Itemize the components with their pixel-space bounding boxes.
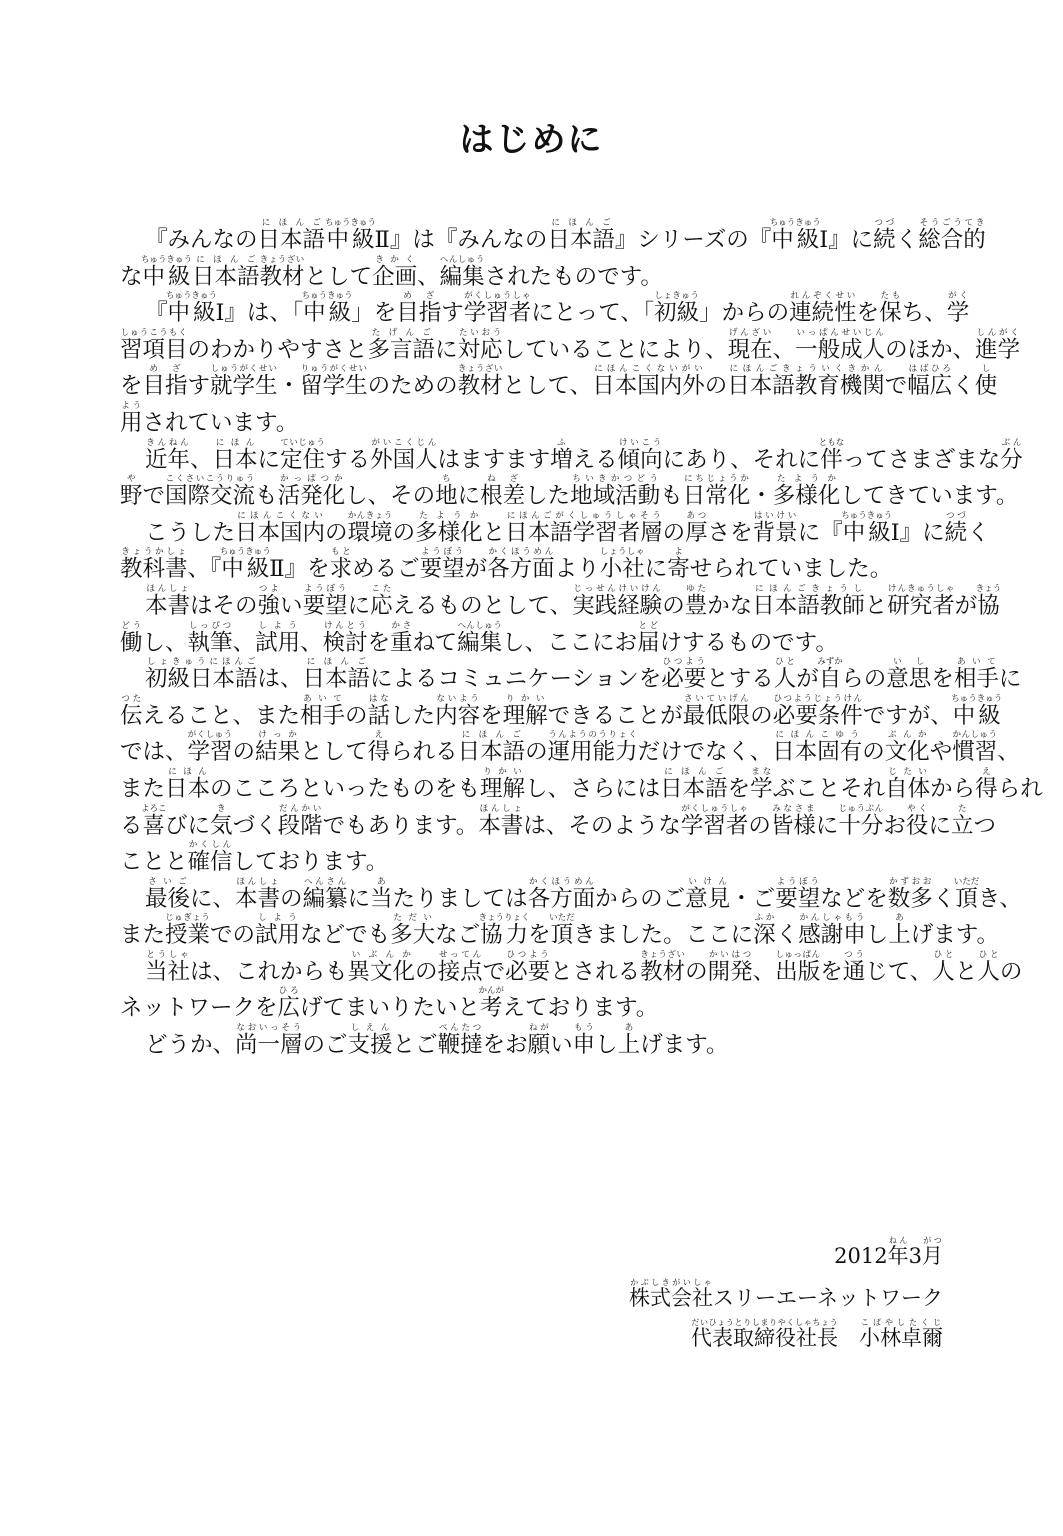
furigana: たようか [773,474,841,484]
ruby-word: 学習者がくしゅうしゃ [681,813,749,839]
ruby-word: 日本語にほんご [303,666,371,692]
furigana: つづ [873,218,896,228]
text-line: 本書ほんしょはその強つよい要望ようぼうに応こたえるものとして、実践経験じっせんけ… [122,584,972,621]
ruby-word: 要望ようぼう [420,556,465,582]
text-run: せられていました。 [690,556,893,582]
furigana: にほんごきょうし [752,584,865,594]
text-run: く [933,886,956,912]
ruby-word: 中級ちゅうきゅう [303,300,351,326]
text-run: 、 [753,959,776,985]
text-run: の [280,886,303,912]
ruby-word: 学まな [750,776,773,802]
ruby-word: 総合的そうごうてき [918,227,986,253]
furigana: あつ [685,511,708,521]
furigana: みずか [817,657,843,667]
text-run: とご [393,1032,438,1058]
ruby-word: 傾向けいこう [618,447,663,473]
furigana: こた [370,584,393,594]
furigana: みなさま [771,804,816,814]
furigana: にほんご [192,255,260,265]
text-run: に『 [798,520,843,546]
text-run: こうした [145,520,235,546]
ruby-word: 重かさ [390,630,413,656]
furigana: かくほうめん [487,547,555,557]
ruby-word: 皆様みなさま [771,813,816,839]
ruby-word: 段階だんかい [278,813,323,839]
furigana: こばやしたくじ [859,1318,943,1327]
text-run: く [776,922,799,948]
text-run: 『 [145,300,168,326]
text-run: Ⅱ』を [269,556,329,582]
text-run: ・ご [730,886,775,912]
ruby-word: 得え [975,776,998,802]
furigana: うんようのうりょく [548,730,638,740]
text-run: のご [303,1032,348,1058]
ruby-word: 教科書きょうかしょ [120,556,188,582]
furigana: しえん [348,1023,393,1033]
text-run: と [483,520,506,546]
furigana: はばひろ [907,364,952,374]
ruby-word: 最後さいご [145,886,190,912]
furigana: きょうりょく [479,913,530,923]
text-line: 伝つたえること、また相手あいての話はなした内容ないようを理解りかいできることが最… [120,694,972,731]
ruby-word: 出版しゅっぱん [775,959,820,985]
ruby-word: 相手あいて [300,703,345,729]
ruby-word: 近年きんねん [145,447,190,473]
ruby-word: 届とど [637,630,660,656]
ruby-word: 小社しょうしゃ [600,556,645,582]
furigana: かいはつ [708,950,753,960]
text-run: い [280,593,303,619]
furigana: どう [120,621,143,631]
page-title: はじめに [0,112,1063,161]
furigana: まな [750,767,773,777]
text-run: えること、また [143,703,301,729]
furigana: しょうしゃ [600,547,645,557]
ruby-word: 留学生りゅうがくせい [300,373,368,399]
furigana: え [975,767,998,777]
text-run: でもあります。 [323,813,479,839]
furigana: がくしゅうしゃ [681,804,749,814]
text-run: 、 [417,264,440,290]
ruby-word: 日本語学習者層にほんごがくしゅうしゃそう [505,520,663,546]
ruby-word: 鞭撻べんたつ [438,1032,483,1058]
text-run: の [662,593,685,619]
text-line: 『中級ちゅうきゅうⅠ』は、「中級ちゅうきゅう」を目指めざす学習者がくしゅうしゃに… [122,291,972,328]
furigana: がく [947,291,970,301]
text-line: ネットワークを広ひろげてまいりたいと考かんがえております。 [120,986,972,1023]
ruby-word: 日本にほん [213,447,258,473]
ruby-word: 願ねが [528,1032,551,1058]
text-run: えるものとして、 [393,593,573,619]
text-run: し、さらには [525,776,660,802]
furigana: がくしゅう [188,730,233,740]
ruby-word: 外国人がいこくじん [370,447,438,473]
text-run: ねて [413,630,457,656]
ruby-word: 中級ちゅうきゅう [221,556,269,582]
text-run: に [816,813,839,839]
ruby-word: 気き [210,813,233,839]
text-run: 『みんなの [145,227,258,253]
furigana: けんとう [323,621,368,631]
signature-date: 2012年ねん3月がつ [834,1236,943,1270]
text-run: では、 [120,739,188,765]
furigana: しんがく [975,328,1020,338]
signature-company: 株式会社かぶしきがいしゃスリーエーネットワーク [629,1278,943,1312]
furigana: さいていげん [683,694,751,704]
text-line: る喜よろこびに気きづく段階だんかいでもあります。本書ほんしょは、そのような学習者… [120,804,972,841]
text-run: で [143,483,166,509]
furigana: もう [573,1023,596,1033]
ruby-word: 国際交流こくさいこうりゅう [165,483,255,509]
text-run: し、ここにお [502,630,637,656]
text-run: をお [483,1032,528,1058]
text-run: に [348,593,371,619]
ruby-word: 要望ようぼう [303,593,348,619]
furigana: ようぼう [303,584,348,594]
ruby-word: 人ひと [774,666,797,692]
furigana: つよ [258,584,281,594]
text-run: ことと [120,849,188,875]
furigana: へんさん [303,877,348,887]
furigana: ちゅうきゅう [841,511,892,521]
furigana: がくしゅうしゃ [464,291,532,301]
text-run: によるコミュニケーションを [370,666,661,692]
ruby-word: 深ふか [753,922,776,948]
text-run: の [393,520,416,546]
furigana: にほんご [547,218,615,228]
ruby-word: 各方面かくほうめん [487,556,555,582]
furigana: いただ [954,877,980,887]
text-run: で [483,959,506,985]
ruby-word: 多言語たげんご [368,337,436,363]
text-run: にとって、「 [531,300,654,326]
ruby-word: 各方面かくほうめん [528,886,596,912]
furigana: かんが [479,986,505,996]
text-run: らの [841,666,886,692]
furigana: ほんしょ [145,584,190,594]
furigana: ようぼう [775,877,820,887]
furigana: きょうざい [458,364,503,374]
text-run: の [1000,959,1023,985]
text-run: す [188,373,211,399]
ruby-word: 内容ないよう [435,703,480,729]
ruby-word: 学習者がくしゅうしゃ [464,300,532,326]
ruby-word: 話はな [368,703,391,729]
furigana: かくほうめん [528,877,596,887]
ruby-word: 中級ちゅうきゅう [771,227,819,253]
text-run: Ⅰ』に [891,520,945,546]
ruby-word: 現在げんざい [728,337,773,363]
text-run: などを [820,886,888,912]
furigana: かぶしきがいしゃ [629,1278,713,1287]
text-run: Ⅰ』に [819,227,873,253]
text-run: ですが、 [863,703,953,729]
ruby-word: 申もう [573,1032,596,1058]
text-run: のための [368,373,458,399]
furigana: にほんご [458,730,526,740]
furigana: ほんしょ [235,877,280,887]
furigana: あいて [300,694,345,704]
furigana: にちじょうか [683,474,751,484]
ruby-word: 地ち [435,483,458,509]
furigana: じゅうぶん [838,804,883,814]
furigana: あ [370,877,393,887]
ruby-word: 厚あつ [685,520,708,546]
ruby-word: 学がく [947,300,970,326]
furigana: がいこくじん [370,438,438,448]
ruby-word: 年ねん [888,1244,909,1268]
text-run: く [967,520,990,546]
ruby-word: 試用しよう [255,630,300,656]
text-run: けするものです。 [660,630,838,656]
furigana: いっぱんせいじん [795,328,885,338]
furigana: にほん [213,438,258,448]
text-run: 2012 [834,1244,887,1268]
furigana: ひつようじょうけん [773,694,863,704]
furigana: き [210,804,233,814]
furigana: にほんごきょういくきかん [727,364,885,374]
ruby-word: 続つづ [945,520,968,546]
ruby-word: 意思いし [886,666,931,692]
ruby-word: 目指めざ [396,300,441,326]
ruby-word: 環境かんきょう [348,520,393,546]
ruby-word: 開発かいはつ [708,959,753,985]
furigana: ちゅうきゅう [302,291,353,301]
ruby-word: 必要条件ひつようじょうけん [773,703,863,729]
furigana: きょうかしょ [120,547,188,557]
furigana: ひと [774,657,797,667]
text-run: の [685,959,708,985]
furigana: ひと [932,950,955,960]
furigana: かずおお [888,877,933,887]
text-run: げます。 [911,922,999,948]
ruby-word: 対応たいおう [458,337,503,363]
ruby-word: 本書ほんしょ [478,813,523,839]
text-line: 『みんなの日本語にほんご中級ちゅうきゅうⅡ』は『みんなの日本語にほんご』シリーズ… [122,218,972,255]
ruby-word: 活発化かっぱつか [278,483,346,509]
furigana: ていじゅう [280,438,325,448]
text-line: また日本にほんのこころといったものをも理解りかいし、さらには日本語にほんごを学ま… [120,767,972,804]
text-run: 、 [773,337,796,363]
ruby-word: 教材きょうざい [260,264,305,290]
ruby-word: 人ひと [977,959,1000,985]
text-run: より [555,556,600,582]
text-line: を目指めざす就学生しゅうがくせい・留学生りゅうがくせいのための教材きょうざいとし… [120,364,972,401]
furigana: ちいきかつどう [570,474,660,484]
ruby-word: 中級ちゅうきゅう [953,703,1003,729]
furigana: はいけい [753,511,798,521]
text-run: を [368,630,391,656]
furigana: とうしゃ [145,950,190,960]
text-run: ってさまざまな [843,447,1001,473]
furigana: あ [618,1023,641,1033]
text-run: はその [190,593,258,619]
ruby-word: 伝つた [120,703,143,729]
ruby-word: 教材きょうざい [640,959,685,985]
ruby-word: 中級ちゅうきゅう [843,520,891,546]
ruby-word: 検討けんとう [323,630,368,656]
ruby-word: 結果けっか [255,739,300,765]
text-run: に [348,886,371,912]
furigana: けんきゅうしゃ [887,584,955,594]
furigana: なおいっそう [235,1023,303,1033]
furigana: がつ [922,1236,943,1245]
text-run: にあり、それに [663,447,821,473]
text-run: き、 [978,886,1022,912]
ruby-word: 目指めざ [143,373,188,399]
ruby-word: 伴ともな [820,447,843,473]
text-run: の [345,703,368,729]
ruby-word: 上あ [888,922,911,948]
text-line: こうした日本国内にほんこくないの環境かんきょうの多様化たようかと日本語学習者層に… [122,511,972,548]
ruby-word: 尚一層なおいっそう [235,1032,303,1058]
ruby-word: 接点せってん [438,959,483,985]
text-run: してきています。 [840,483,1018,509]
text-run: はますます [438,447,551,473]
furigana: ちゅうきゅう [166,291,217,301]
furigana: あ [888,913,911,923]
ruby-word: 十分じゅうぶん [838,813,883,839]
ruby-word: 必要ひつよう [661,666,706,692]
text-run: や [930,739,953,765]
ruby-word: 要望ようぼう [775,886,820,912]
text-run: Ⅱ』は『みんなの [375,227,548,253]
furigana: ちゅうきゅう [141,255,192,265]
text-line: 教科書きょうかしょ、『中級ちゅうきゅうⅡ』を求もとめるご要望ようぼうが各方面かく… [120,547,972,584]
furigana: かんきょう [348,511,393,521]
text-run: 、『 [188,556,222,582]
ruby-word: 習項目しゅうこうもく [120,337,188,363]
furigana: にほんごがくしゅうしゃそう [505,511,663,521]
ruby-word: 幅広はばひろ [907,373,952,399]
ruby-word: 感謝申かんしゃもう [798,922,866,948]
furigana: めざ [143,364,188,374]
ruby-word: 中級ちゅうきゅう [143,264,193,290]
text-run: に [645,556,668,582]
furigana: つた [120,694,143,704]
ruby-word: 保たも [879,300,902,326]
furigana: けっか [255,730,300,740]
ruby-word: 編纂へんさん [303,886,348,912]
ruby-word: 野や [120,483,143,509]
text-run: なご [435,922,480,948]
furigana: いただ [549,913,575,923]
text-line: 近年きんねん、日本にほんに定住ていじゅうする外国人がいこくじんはますます増ふえる… [122,438,972,475]
text-run: 3 [909,1244,922,1268]
furigana: よう [120,401,143,411]
text-run: また [120,922,165,948]
text-line: 当社とうしゃは、これからも異文化いぶんかの接点せってんで必要ひつようとされる教材… [122,950,972,987]
text-run: した [390,703,435,729]
furigana: かっぱつか [278,474,346,484]
text-run: として [300,739,368,765]
furigana: ゆた [685,584,708,594]
ruby-word: 数多かずおお [888,886,933,912]
ruby-word: 当社とうしゃ [145,959,190,985]
text-run: 」からの [699,300,789,326]
furigana: ないよう [435,694,480,704]
text-run: ぶことそれ [773,776,886,802]
furigana: や [120,474,143,484]
ruby-word: 本書ほんしょ [145,593,190,619]
text-run: を [728,776,751,802]
ruby-word: 背景はいけい [753,520,798,546]
text-line: ことと確信かくしんしております。 [120,840,972,877]
ruby-word: 実践経験じっせんけいけん [572,593,662,619]
ruby-word: 求もと [330,556,353,582]
ruby-word: 編集へんしゅう [457,630,502,656]
text-run: できることが [548,703,683,729]
ruby-word: 役やく [906,813,929,839]
text-run: 、 [997,739,1020,765]
text-run: に、 [190,886,235,912]
furigana: たようか [415,511,483,521]
text-run: が [955,593,978,619]
furigana: ちゅうきゅう [951,694,1002,704]
furigana: ひと [977,950,1000,960]
ruby-word: 小林卓爾こばやしたくじ [859,1326,943,1350]
text-run: じて、 [865,959,932,985]
text-line: 働どうし、執筆しっぴつ、試用しよう、検討けんとうを重かさねて編集へんしゅうし、こ… [120,621,972,658]
furigana: にほん [165,767,210,777]
text-run: を [931,666,954,692]
text-run: く [896,227,919,253]
furigana: しよう [255,621,300,631]
ruby-word: 運用能力うんようのうりょく [548,739,638,765]
text-run: えております。 [503,995,659,1021]
text-line: 野やで国際交流こくさいこうりゅうも活発化かっぱつかし、その地ちに根差ねざした地域… [120,474,972,511]
text-run: を [820,959,843,985]
furigana: へんしゅう [457,621,502,631]
text-line: また授業じゅぎょうでの試用しようなどでも多大ただいなご協力きょうりょくを頂いただ… [120,913,972,950]
ruby-word: 通つう [843,959,866,985]
text-run: の [325,520,348,546]
text-run: し、 [143,630,188,656]
furigana: べんたつ [438,1023,483,1033]
furigana: ちゅうきゅう [220,547,271,557]
text-run: が [796,666,819,692]
text-run: からのご [595,886,685,912]
text-run: していることにより、 [503,337,728,363]
ruby-word: 考かんが [480,995,503,1021]
ruby-word: 意見いけん [685,886,730,912]
furigana: りかい [503,694,548,704]
text-run: られ [998,776,1043,802]
ruby-word: 上あ [618,1032,641,1058]
furigana: ち [435,474,458,484]
text-run: の [233,739,256,765]
ruby-word: 日本語にほんご [458,739,526,765]
text-run: し [866,922,889,948]
text-run: さを [708,520,753,546]
text-run: を [120,373,143,399]
ruby-word: 協きょう [977,593,1001,619]
furigana: じゅぎょう [165,913,210,923]
furigana: た [951,804,974,814]
furigana: たも [879,291,902,301]
ruby-word: 学習がくしゅう [188,739,233,765]
ruby-word: 協力きょうりょく [480,922,528,948]
furigana: へんしゅう [440,255,485,265]
ruby-word: 強つよ [258,593,281,619]
text-run: の [862,739,885,765]
furigana: ちゅうきゅう [770,218,821,228]
ruby-word: 最低限さいていげん [683,703,751,729]
text-run: とされる [550,959,640,985]
text-run: し、その [345,483,435,509]
furigana: きかく [372,255,417,265]
